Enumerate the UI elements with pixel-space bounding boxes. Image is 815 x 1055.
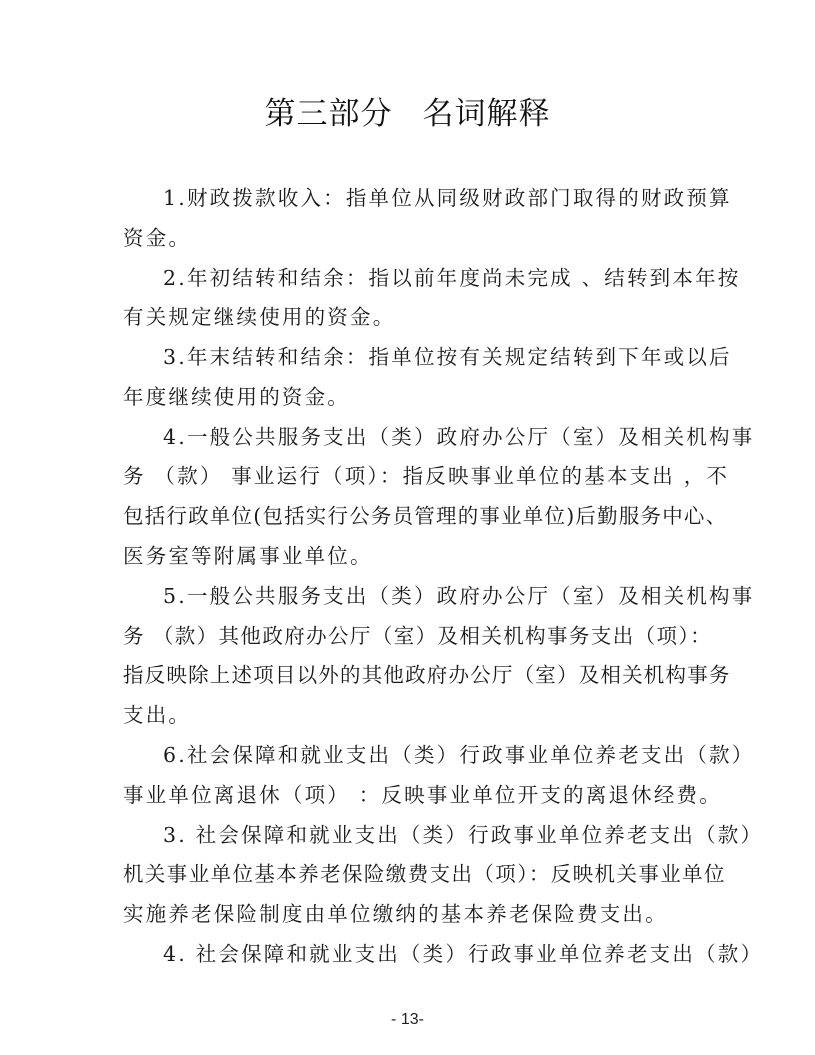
para-5-line-4: 支出。 [123,702,191,728]
para-3-line-2: 年度继续使用的资金。 [123,384,350,410]
para-2-line-2: 有关规定继续使用的资金。 [123,304,395,330]
title-part: 第三部分 [265,96,393,132]
para-3-line-1: 3.年末结转和结余：指单位按有关规定结转到下年或以后 [163,344,732,370]
para-7-line-2: 机关事业单位基本养老保险缴费支出（项）：反映机关事业单位 [123,861,726,887]
para-4-line-2: 务 （款） 事业运行（项）：指反映事业单位的基本支出 ，不 [123,463,729,489]
para-6-line-1: 6.社会保障和就业支出（类）行政事业单位养老支出（款） [163,742,754,768]
page-number: - 13- [0,1011,815,1029]
para-4-line-4: 医务室等附属事业单位。 [123,543,373,569]
para-1-line-2: 资金。 [123,225,191,251]
para-7-line-3: 实施养老保险制度由单位缴纳的基本养老保险费支出。 [123,901,668,927]
document-page: 第三部分名词解释 1.财政拨款收入：指单位从同级财政部门取得的财政预算 资金。 … [0,0,815,1055]
page-title: 第三部分名词解释 [0,88,815,133]
para-4-line-3: 包括行政单位(包括实行公务员管理的事业单位)后勤服务中心、 [123,503,727,529]
para-6-line-2: 事业单位离退休（项） ：反映事业单位开支的离退休经费。 [123,782,722,808]
para-2-line-1: 2.年初结转和结余：指以前年度尚未完成 、结转到本年按 [163,265,740,291]
title-main: 名词解释 [423,96,551,132]
para-7-line-1: 3. 社会保障和就业支出（类）行政事业单位养老支出（款） [163,822,763,848]
para-8-line-1: 4. 社会保障和就业支出（类）行政事业单位养老支出（款） [163,941,763,967]
para-1-line-1: 1.财政拨款收入：指单位从同级财政部门取得的财政预算 [163,185,732,211]
para-5-line-3: 指反映除上述项目以外的其他政府办公厅（室）及相关机构事务 [123,662,731,688]
para-5-line-1: 5.一般公共服务支出（类）政府办公厅（室）及相关机构事 [163,583,754,609]
para-5-line-2: 务 （款）其他政府办公厅（室）及相关机构事务支出（项）： [123,623,712,649]
para-4-line-1: 4.一般公共服务支出（类）政府办公厅（室）及相关机构事 [163,424,754,450]
